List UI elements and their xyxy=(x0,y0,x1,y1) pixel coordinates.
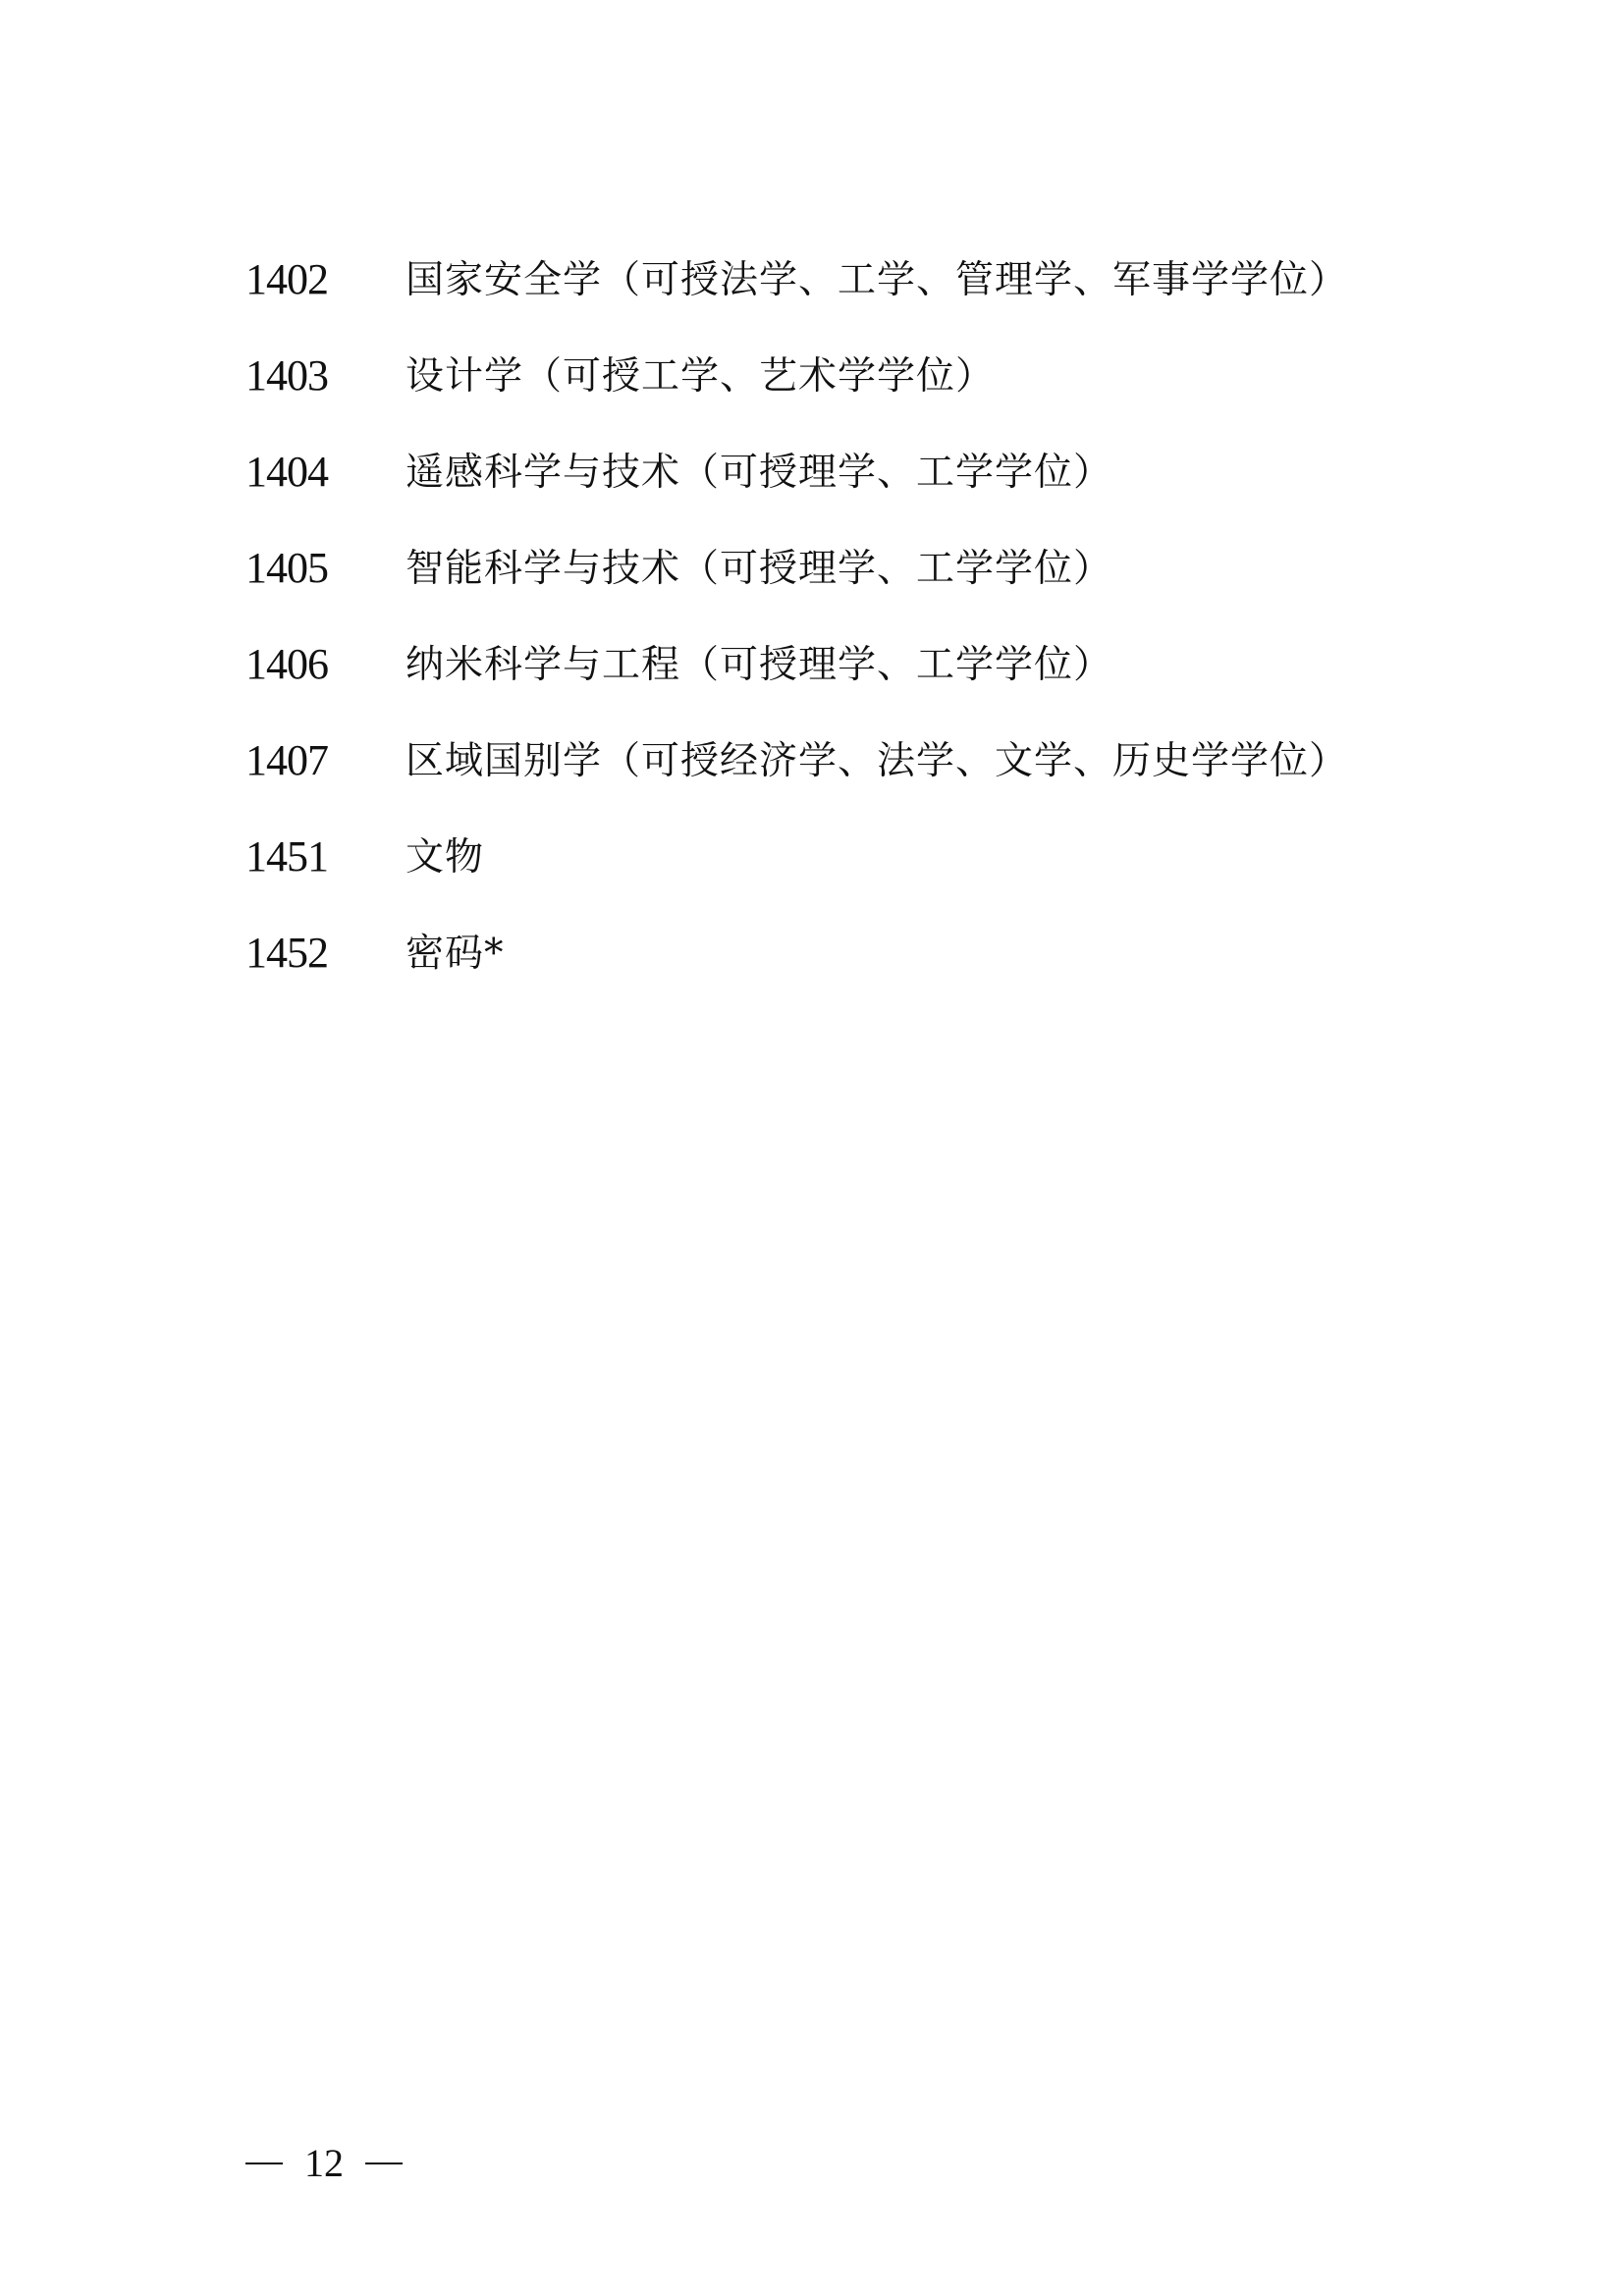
discipline-code: 1403 xyxy=(245,354,406,398)
page-footer: 12 xyxy=(245,2140,403,2186)
discipline-code: 1402 xyxy=(245,258,406,301)
discipline-name: 密码* xyxy=(406,934,505,973)
list-item: 1404 遥感科学与技术（可授理学、工学学位） xyxy=(245,424,1473,520)
discipline-code: 1404 xyxy=(245,451,406,494)
dash-right-decoration xyxy=(365,2163,403,2164)
list-item: 1451 文物 xyxy=(245,809,1473,905)
list-item: 1452 密码* xyxy=(245,905,1473,1001)
discipline-name: 纳米科学与工程（可授理学、工学学位） xyxy=(406,646,1112,684)
discipline-code: 1452 xyxy=(245,932,406,975)
discipline-list: 1402 国家安全学（可授法学、工学、管理学、军事学学位） 1403 设计学（可… xyxy=(245,232,1473,1001)
discipline-name: 遥感科学与技术（可授理学、工学学位） xyxy=(406,454,1112,492)
discipline-name: 区域国别学（可授经济学、法学、文学、历史学学位） xyxy=(406,742,1348,780)
document-page: 1402 国家安全学（可授法学、工学、管理学、军事学学位） 1403 设计学（可… xyxy=(0,0,1624,2296)
discipline-code: 1405 xyxy=(245,547,406,590)
discipline-code: 1407 xyxy=(245,739,406,782)
discipline-name: 设计学（可授工学、艺术学学位） xyxy=(406,357,995,396)
discipline-name: 智能科学与技术（可授理学、工学学位） xyxy=(406,550,1112,588)
discipline-code: 1406 xyxy=(245,643,406,686)
discipline-code: 1451 xyxy=(245,835,406,879)
discipline-name: 国家安全学（可授法学、工学、管理学、军事学学位） xyxy=(406,261,1348,299)
page-number: 12 xyxy=(304,2140,344,2186)
list-item: 1407 区域国别学（可授经济学、法学、文学、历史学学位） xyxy=(245,713,1473,809)
list-item: 1405 智能科学与技术（可授理学、工学学位） xyxy=(245,520,1473,616)
dash-left-decoration xyxy=(245,2163,283,2164)
list-item: 1402 国家安全学（可授法学、工学、管理学、军事学学位） xyxy=(245,232,1473,328)
list-item: 1403 设计学（可授工学、艺术学学位） xyxy=(245,328,1473,424)
discipline-name: 文物 xyxy=(406,838,484,877)
list-item: 1406 纳米科学与工程（可授理学、工学学位） xyxy=(245,616,1473,713)
